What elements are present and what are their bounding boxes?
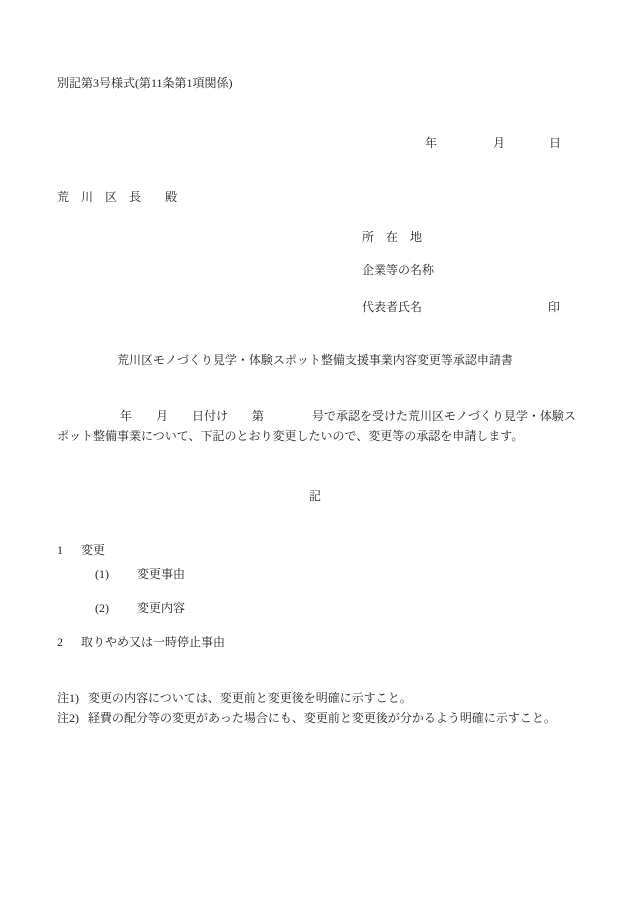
list-subitem: (1) 変更事由 — [95, 567, 185, 583]
list-item-text: 変更事由 — [137, 567, 185, 583]
footnote-label: 注2) — [57, 711, 79, 727]
list-subitem: (2) 変更内容 — [95, 601, 185, 617]
list-item-text: 変更内容 — [137, 601, 185, 617]
addressee: 荒 川 区 長 殿 — [57, 190, 177, 206]
list-item-text: 取りやめ又は一時停止事由 — [81, 635, 225, 651]
list-item-text: 変更 — [81, 543, 105, 559]
body-line-1: 年 月 日付け 第 号で承認を受けた荒川区モノづくり見学・体験ス — [120, 409, 576, 425]
list-item-number: (2) — [95, 601, 117, 617]
document-title: 荒川区モノづくり見学・体験スポット整備支援事業内容変更等承認申請書 — [0, 353, 630, 369]
footnote-text: 経費の配分等の変更があった場合にも、変更前と変更後が分かるよう明確に示すこと。 — [88, 711, 556, 727]
date-year-label: 年 — [425, 136, 437, 152]
list-item-number: 2 — [57, 635, 70, 651]
footnote-text: 変更の内容については、変更前と変更後を明確に示すこと。 — [88, 691, 412, 707]
footnote: 注1) 変更の内容については、変更前と変更後を明確に示すこと。 — [57, 691, 412, 707]
body-line-2: ポット整備事業について、下記のとおり変更したいので、変更等の承認を申請します。 — [57, 429, 523, 445]
applicant-address-label: 所 在 地 — [362, 230, 422, 246]
date-month-label: 月 — [493, 136, 505, 152]
applicant-representative-label: 代表者氏名 — [362, 300, 422, 316]
form-number: 別記第3号様式(第11条第1項関係) — [57, 76, 233, 92]
list-item-number: (1) — [95, 567, 117, 583]
date-day-label: 日 — [549, 136, 561, 152]
footnote-label: 注1) — [57, 691, 79, 707]
record-marker: 記 — [0, 489, 630, 505]
applicant-company-label: 企業等の名称 — [362, 263, 434, 279]
list-item: 1 変更 — [57, 543, 105, 559]
list-item: 2 取りやめ又は一時停止事由 — [57, 635, 225, 651]
seal-label: 印 — [548, 300, 560, 316]
document-page: 別記第3号様式(第11条第1項関係) 年 月 日 荒 川 区 長 殿 所 在 地… — [0, 0, 630, 903]
list-item-number: 1 — [57, 543, 70, 559]
footnote: 注2) 経費の配分等の変更があった場合にも、変更前と変更後が分かるよう明確に示す… — [57, 711, 556, 727]
